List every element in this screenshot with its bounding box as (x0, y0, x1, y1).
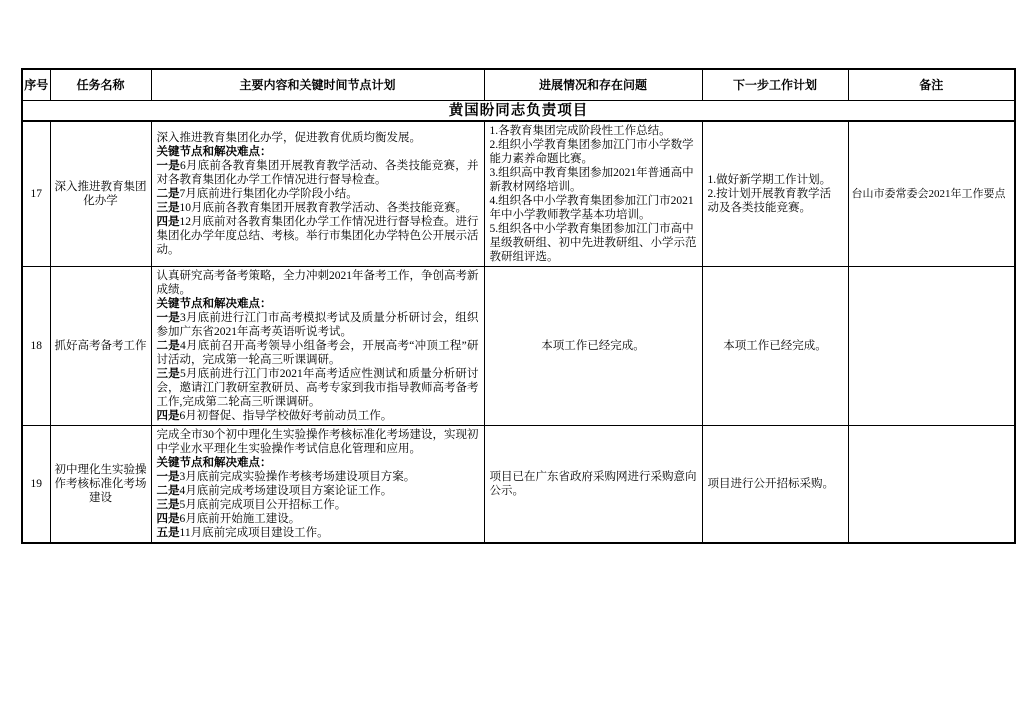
work-plan-table: 序号 任务名称 主要内容和关键时间节点计划 进展情况和存在问题 下一步工作计划 … (21, 68, 1016, 544)
header-row: 序号 任务名称 主要内容和关键时间节点计划 进展情况和存在问题 下一步工作计划 … (22, 69, 1015, 101)
col-header-progress: 进展情况和存在问题 (484, 69, 702, 101)
row-17-main-content: 深入推进教育集团化办学，促进教育优质均衡发展。 关键节点和解决难点： 一是6月底… (151, 121, 484, 267)
content-item: 五是11月底前完成项目建设工作。 (157, 526, 479, 540)
document-page: 序号 任务名称 主要内容和关键时间节点计划 进展情况和存在问题 下一步工作计划 … (0, 0, 1024, 724)
content-item: 一是6月底前各教育集团开展教育教学活动、各类技能竞赛，并对各教育集团化办学工作情… (157, 159, 479, 187)
content-item: 三是10月底前各教育集团开展教育教学活动、各类技能竞赛。 (157, 201, 479, 215)
row-19-main-content: 完成全市30个初中理化生实验操作考核标准化考场建设，实现初中学业水平理化生实验操… (151, 426, 484, 544)
col-header-main-content: 主要内容和关键时间节点计划 (151, 69, 484, 101)
content-item: 三是5月底前完成项目公开招标工作。 (157, 498, 479, 512)
table-row-19: 19 初中理化生实验操作考核标准化考场建设 完成全市30个初中理化生实验操作考核… (22, 426, 1015, 544)
content-item: 一是3月底前进行江门市高考模拟考试及质量分析研讨会，组织参加广东省2021年高考… (157, 311, 479, 339)
table-row-17: 17 深入推进教育集团化办学 深入推进教育集团化办学，促进教育优质均衡发展。 关… (22, 121, 1015, 267)
content-item: 四是12月底前对各教育集团化办学工作情况进行督导检查。进行集团化办学年度总结、考… (157, 215, 479, 257)
row-18-next-step: 本项工作已经完成。 (702, 267, 848, 426)
content-key-label: 关键节点和解决难点： (157, 456, 479, 470)
section-title-row: 黄国盼同志负责项目 (22, 101, 1015, 122)
col-header-remarks: 备注 (848, 69, 1015, 101)
row-18-remark (848, 267, 1015, 426)
col-header-serial-no: 序号 (22, 69, 50, 101)
row-17-progress: 1.各教育集团完成阶段性工作总结。 2.组织小学教育集团参加江门市小学数学能力素… (484, 121, 702, 267)
content-item: 二是4月底前召开高考领导小组备考会，开展高考“冲顶工程”研讨活动，完成第一轮高三… (157, 339, 479, 367)
content-intro: 认真研究高考备考策略，全力冲刺2021年备考工作，争创高考新成绩。 (157, 269, 479, 297)
content-item: 四是6月初督促、指导学校做好考前动员工作。 (157, 409, 479, 423)
row-17-task-name: 深入推进教育集团化办学 (50, 121, 151, 267)
content-item: 二是4月底前完成考场建设项目方案论证工作。 (157, 484, 479, 498)
content-intro: 完成全市30个初中理化生实验操作考核标准化考场建设，实现初中学业水平理化生实验操… (157, 428, 479, 456)
table-row-18: 18 抓好高考备考工作 认真研究高考备考策略，全力冲刺2021年备考工作，争创高… (22, 267, 1015, 426)
row-19-next-step: 项目进行公开招标采购。 (702, 426, 848, 544)
row-19-progress: 项目已在广东省政府采购网进行采购意向公示。 (484, 426, 702, 544)
content-item: 二是7月底前进行集团化办学阶段小结。 (157, 187, 479, 201)
row-18-task-name: 抓好高考备考工作 (50, 267, 151, 426)
content-item: 四是6月底前开始施工建设。 (157, 512, 479, 526)
row-19-remark (848, 426, 1015, 544)
section-title: 黄国盼同志负责项目 (22, 101, 1015, 122)
content-intro: 深入推进教育集团化办学，促进教育优质均衡发展。 (157, 131, 479, 145)
content-item: 三是5月底前进行江门市2021年高考适应性测试和质量分析研讨会，邀请江门教研室教… (157, 367, 479, 409)
content-key-label: 关键节点和解决难点： (157, 145, 479, 159)
row-17-remark: 台山市委常委会2021年工作要点 (848, 121, 1015, 267)
row-19-serial-no: 19 (22, 426, 50, 544)
content-key-label: 关键节点和解决难点： (157, 297, 479, 311)
row-17-next-step: 1.做好新学期工作计划。 2.按计划开展教育教学活动及各类技能竞赛。 (702, 121, 848, 267)
row-19-task-name: 初中理化生实验操作考核标准化考场建设 (50, 426, 151, 544)
col-header-task-name: 任务名称 (50, 69, 151, 101)
row-18-progress: 本项工作已经完成。 (484, 267, 702, 426)
row-18-main-content: 认真研究高考备考策略，全力冲刺2021年备考工作，争创高考新成绩。 关键节点和解… (151, 267, 484, 426)
col-header-next-step: 下一步工作计划 (702, 69, 848, 101)
content-item: 一是3月底前完成实验操作考核考场建设项目方案。 (157, 470, 479, 484)
row-17-serial-no: 17 (22, 121, 50, 267)
row-18-serial-no: 18 (22, 267, 50, 426)
